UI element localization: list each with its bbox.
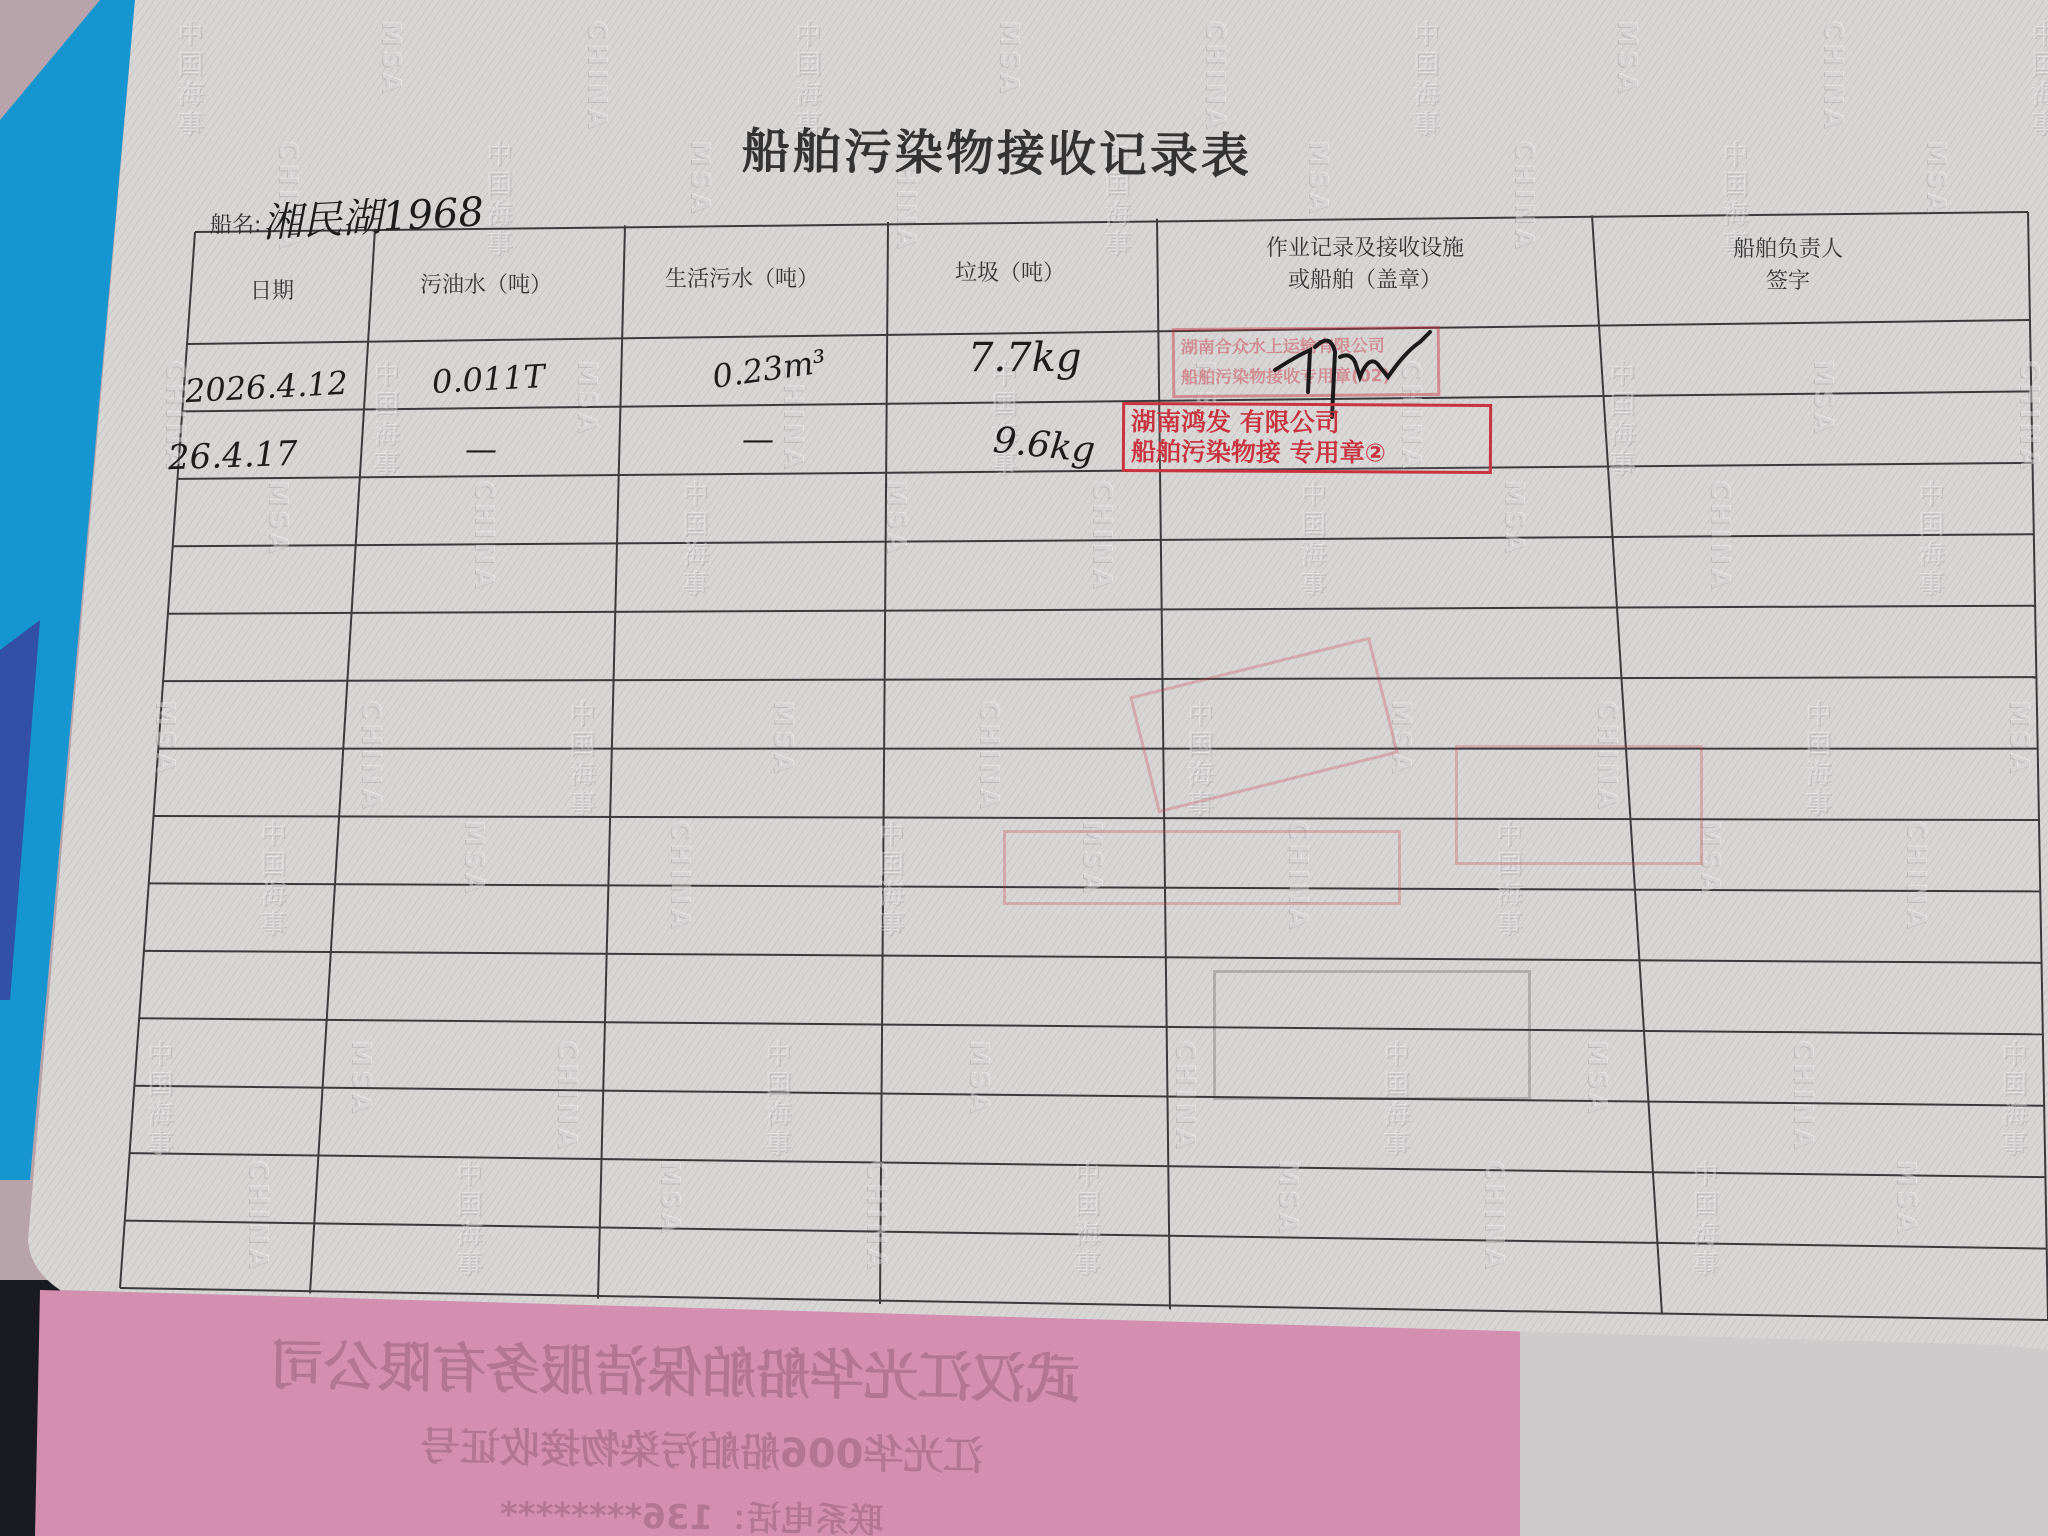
watermark-text: CHINA [243,1160,273,1272]
watermark-text: 中国海事 [1602,360,1639,480]
watermark-text: CHINA [1901,820,1931,932]
column-header-record-line2: 或船舶（盖章） [1255,265,1475,297]
column-header-signature-line2: 签字 [1718,266,1858,298]
ghost-stamp [1003,830,1401,905]
page-title: 船舶污染物接收记录表 [742,112,1253,186]
watermark-text: CHINA [469,480,499,592]
watermark-text: CHINA [1509,140,1539,252]
watermark-text: CHINA [861,1160,891,1272]
watermark-text: 中国海事 [366,360,403,480]
watermark-text: 中国海事 [562,700,599,820]
watermark-text: MSA [346,1040,376,1117]
watermark-text: MSA [655,1160,685,1237]
watermark-text: MSA [964,1040,994,1117]
watermark-text: CHINA [665,820,695,932]
receiving-stamp-2: 湖南鸿发 有限公司 船舶污染物接 专用章② [1122,402,1492,474]
column-header-signature: 船舶负责人 签字 [1718,234,1858,298]
column-header-signature-line1: 船舶负责人 [1718,234,1858,266]
column-header-date: 日期 [250,276,294,308]
stamp2-line2: 船舶污染物接 专用章② [1131,437,1483,469]
watermark-text: MSA [881,480,911,557]
watermark-text: 中国海事 [758,1040,795,1160]
watermark-text: 中国海事 [675,480,712,600]
ghost-stamp [1455,745,1703,865]
watermark-text: 中国海事 [1293,480,1330,600]
watermark-text: MSA [150,700,180,777]
watermark-text: 中国海事 [140,1040,177,1160]
watermark-text: CHINA [1170,1040,1200,1152]
watermark-text: MSA [994,20,1024,97]
watermark-text: 中国海事 [2024,20,2048,140]
watermark-text: CHINA [582,20,612,132]
watermark-text: MSA [2004,700,2034,777]
pink-sheet-line3: 联系电话：136******** [500,1487,884,1536]
pink-sheet-line1: 武汉江光华船舶保洁服务有限公司 [269,1323,1080,1414]
row2-sewage: — [742,420,774,458]
watermark-text: 中国海事 [1067,1160,1104,1280]
watermark-text: CHINA [1788,1040,1818,1152]
watermark-text: CHINA [1818,20,1848,132]
watermark-text: CHINA [1479,1160,1509,1272]
row2-date: 26.4.17 [167,434,298,479]
watermark-text: MSA [1921,140,1951,217]
row2-oily-water: — [465,430,497,468]
watermark-text: CHINA [356,700,386,812]
ship-name-label: 船名: [210,208,261,239]
watermark-text: MSA [1612,20,1642,97]
ghost-stamp [1213,970,1531,1100]
watermark-text: MSA [1303,140,1333,217]
watermark-text: CHINA [974,700,1004,812]
stamp2-line1: 湖南鸿发 有限公司 [1131,407,1483,439]
column-header-record-line1: 作业记录及接收设施 [1255,233,1475,265]
watermark-text: MSA [263,480,293,557]
watermark-text: MSA [685,140,715,217]
watermark-text: MSA [1582,1040,1612,1117]
watermark-text: MSA [459,820,489,897]
watermark-text: 中国海事 [1685,1160,1722,1280]
watermark-text: 中国海事 [871,820,908,940]
watermark-text: CHINA [1087,480,1117,592]
watermark-text: CHINA [1705,480,1735,592]
watermark-text: MSA [1891,1160,1921,1237]
row1-oily-water: 0.011T [431,357,546,401]
watermark-text: 中国海事 [1911,480,1948,600]
watermark-text: MSA [768,700,798,777]
watermark-text: 中国海事 [479,140,516,260]
watermark-text: CHINA [1200,20,1230,132]
column-header-sewage: 生活污水（吨） [665,264,819,296]
watermark-text: 中国海事 [1994,1040,2031,1160]
column-header-garbage: 垃圾（吨） [955,258,1065,290]
watermark-text: MSA [1273,1160,1303,1237]
watermark-text: 中国海事 [1406,20,1443,140]
ship-name-value: 湘民湖1968 [261,180,485,249]
watermark-text: MSA [572,360,602,437]
watermark-text: MSA [1808,360,1838,437]
watermark-text: MSA [376,20,406,97]
column-header-oily-water: 污油水（吨） [420,270,552,302]
watermark-text: MSA [1499,480,1529,557]
watermark-text: 中国海事 [253,820,290,940]
column-header-record: 作业记录及接收设施 或船舶（盖章） [1255,233,1475,297]
watermark-text: 中国海事 [1798,700,1835,820]
pink-sheet-line2: 江光华006船舶污染物接收证号 [420,1415,984,1482]
watermark-text: CHINA [552,1040,582,1152]
row1-garbage: 7.7kg [968,335,1081,381]
watermark-text: CHINA [2014,360,2044,472]
watermark-text: 中国海事 [170,20,207,140]
watermark-text: 中国海事 [449,1160,486,1280]
